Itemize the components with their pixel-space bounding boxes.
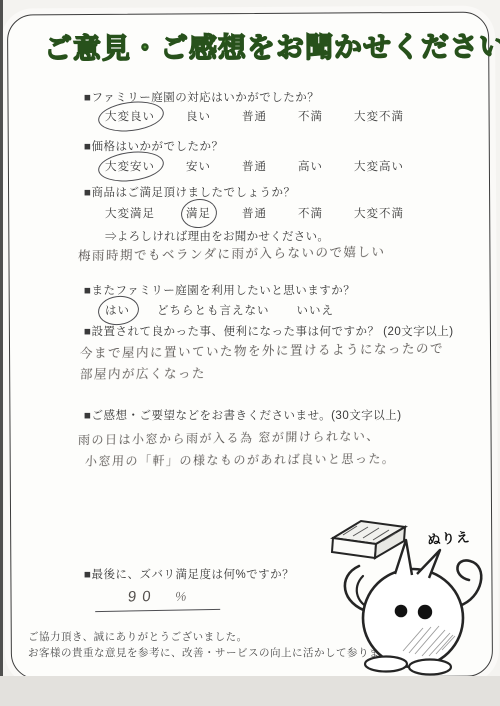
options-row-q2: 大変安い 安い 普通 高い 大変高い — [105, 158, 404, 174]
option-very-cheap[interactable]: 大変安い — [105, 158, 155, 174]
option-satisfied[interactable]: 満足 — [186, 205, 211, 221]
option-cheap[interactable]: 安い — [186, 158, 211, 174]
scan-edge — [0, 0, 3, 706]
question-price-rating: ■価格はいかがでしたか？ — [84, 138, 223, 154]
mascot-eye-right — [418, 605, 432, 619]
question-response-rating: ■ファミリー庭園の対応はいかがでしたか？ — [84, 89, 319, 105]
option-no[interactable]: いいえ — [297, 302, 335, 318]
mascot-eye-left — [395, 605, 408, 618]
question-comments: ■ご感想・ご要望などをお書きくださいませ。(30文字以上) — [84, 407, 402, 423]
reason-prompt: ⇒よろしければ理由をお聞かせください。 — [105, 228, 329, 244]
option-normal[interactable]: 普通 — [242, 205, 267, 221]
mascot-name-label: ぬりえ — [426, 526, 471, 549]
handwritten-percent-value: 90 — [127, 588, 157, 606]
brick-icon — [332, 521, 405, 558]
question-benefits: ■設置されて良かった事、便利になった事は何ですか？ (20文字以上) — [84, 323, 454, 339]
footer-thanks-line1: ご協力頂き、誠にありがとうございました。 — [28, 629, 248, 644]
option-dissatisfied[interactable]: 不満 — [298, 108, 323, 124]
handwritten-comments-line2: 小窓用の「軒」の様なものがあれば良いと思った。 — [85, 450, 396, 470]
option-very-dissatisfied[interactable]: 大変不満 — [354, 205, 404, 221]
option-very-expensive[interactable]: 大変高い — [354, 158, 404, 174]
scanned-survey-page: ご意見・ご感想をお聞かせください ■ファミリー庭園の対応はいかがでしたか？ 大変… — [0, 0, 500, 706]
option-very-satisfied[interactable]: 大変満足 — [105, 205, 155, 221]
option-expensive[interactable]: 高い — [298, 158, 323, 174]
satisfaction-answer-field[interactable]: 90 ％ — [95, 587, 220, 612]
handwritten-benefits-line2: 部屋内が広くなった — [80, 364, 207, 383]
option-dissatisfied[interactable]: 不満 — [298, 205, 323, 221]
page-title: ご意見・ご感想をお聞かせください — [44, 25, 489, 67]
option-very-dissatisfied[interactable]: 大変不満 — [354, 108, 404, 124]
option-normal[interactable]: 普通 — [242, 158, 267, 174]
option-neither[interactable]: どちらとも言えない — [157, 302, 270, 318]
option-very-good[interactable]: 大変良い — [105, 108, 155, 124]
scan-background — [0, 676, 500, 706]
percent-unit: ％ — [174, 587, 188, 604]
option-normal[interactable]: 普通 — [242, 108, 267, 124]
question-product-satisfaction: ■商品はご満足頂けましたでしょうか？ — [84, 184, 295, 200]
option-yes[interactable]: はい — [105, 302, 130, 318]
options-row-q4: はい どちらとも言えない いいえ — [105, 302, 334, 318]
option-good[interactable]: 良い — [186, 108, 211, 124]
question-satisfaction-percent: ■最後に、ズバリ満足度は何%ですか？ — [84, 566, 294, 582]
options-row-q1: 大変良い 良い 普通 不満 大変不満 — [105, 108, 404, 124]
options-row-q3: 大変満足 満足 普通 不満 大変不満 — [105, 205, 404, 221]
